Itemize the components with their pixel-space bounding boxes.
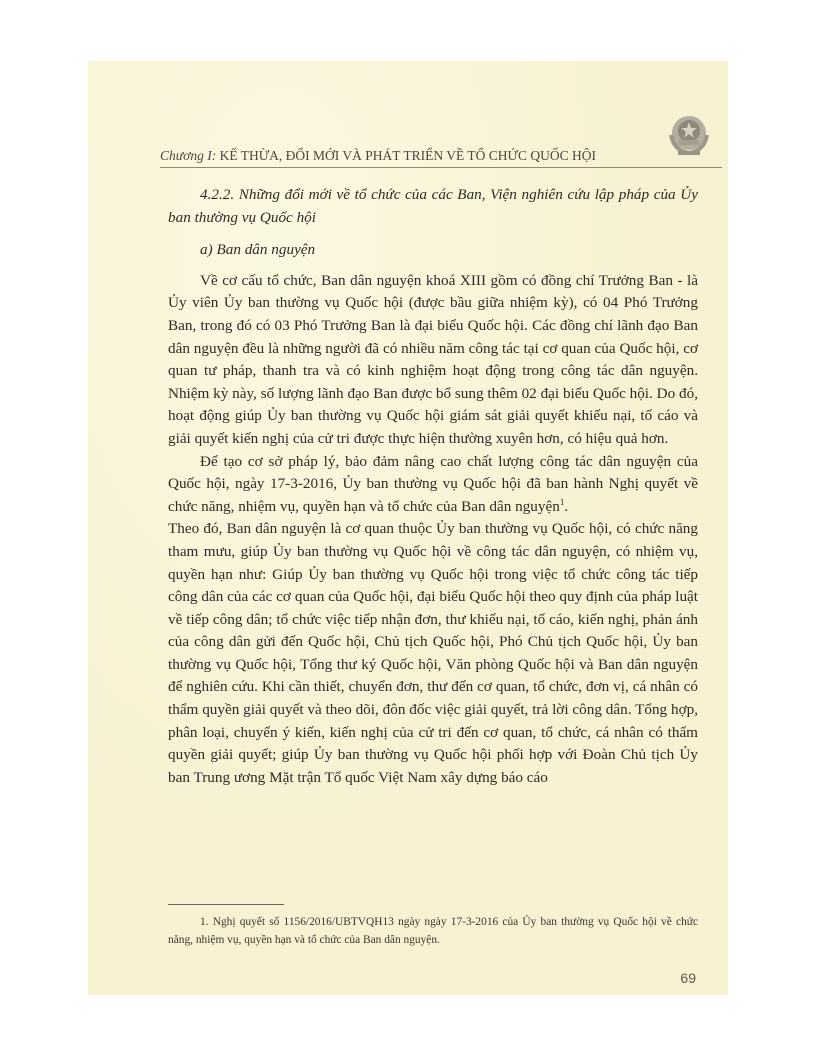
section-subheading: a) Ban dân nguyện — [168, 239, 698, 262]
footnote-divider — [168, 904, 284, 905]
section-heading: 4.2.2. Những đổi mới về tổ chức của các … — [168, 184, 698, 229]
paragraph-2: Để tạo cơ sở pháp lý, bảo đảm nâng cao c… — [168, 451, 698, 519]
national-emblem-icon — [664, 113, 714, 159]
paragraph-3: Theo đó, Ban dân nguyện là cơ quan thuộc… — [168, 518, 698, 789]
book-page: Chương I: KẾ THỪA, ĐỔI MỚI VÀ PHÁT TRIỂN… — [88, 61, 728, 995]
page-number: 69 — [680, 970, 696, 986]
running-head: Chương I: KẾ THỪA, ĐỔI MỚI VÀ PHÁT TRIỂN… — [160, 141, 722, 168]
paragraph-2-end: . — [564, 498, 568, 515]
main-text: 4.2.2. Những đổi mới về tổ chức của các … — [168, 184, 698, 789]
paragraph-2-text: Để tạo cơ sở pháp lý, bảo đảm nâng cao c… — [168, 453, 698, 515]
footnote: 1. Nghị quyết số 1156/2016/UBTVQH13 ngày… — [168, 913, 698, 949]
paragraph-1: Về cơ cấu tổ chức, Ban dân nguyện khoá X… — [168, 270, 698, 451]
chapter-title: KẾ THỪA, ĐỔI MỚI VÀ PHÁT TRIỂN VỀ TỔ CHỨ… — [220, 148, 596, 163]
chapter-header: Chương I: KẾ THỪA, ĐỔI MỚI VÀ PHÁT TRIỂN… — [160, 148, 596, 164]
chapter-label: Chương I: — [160, 148, 216, 163]
